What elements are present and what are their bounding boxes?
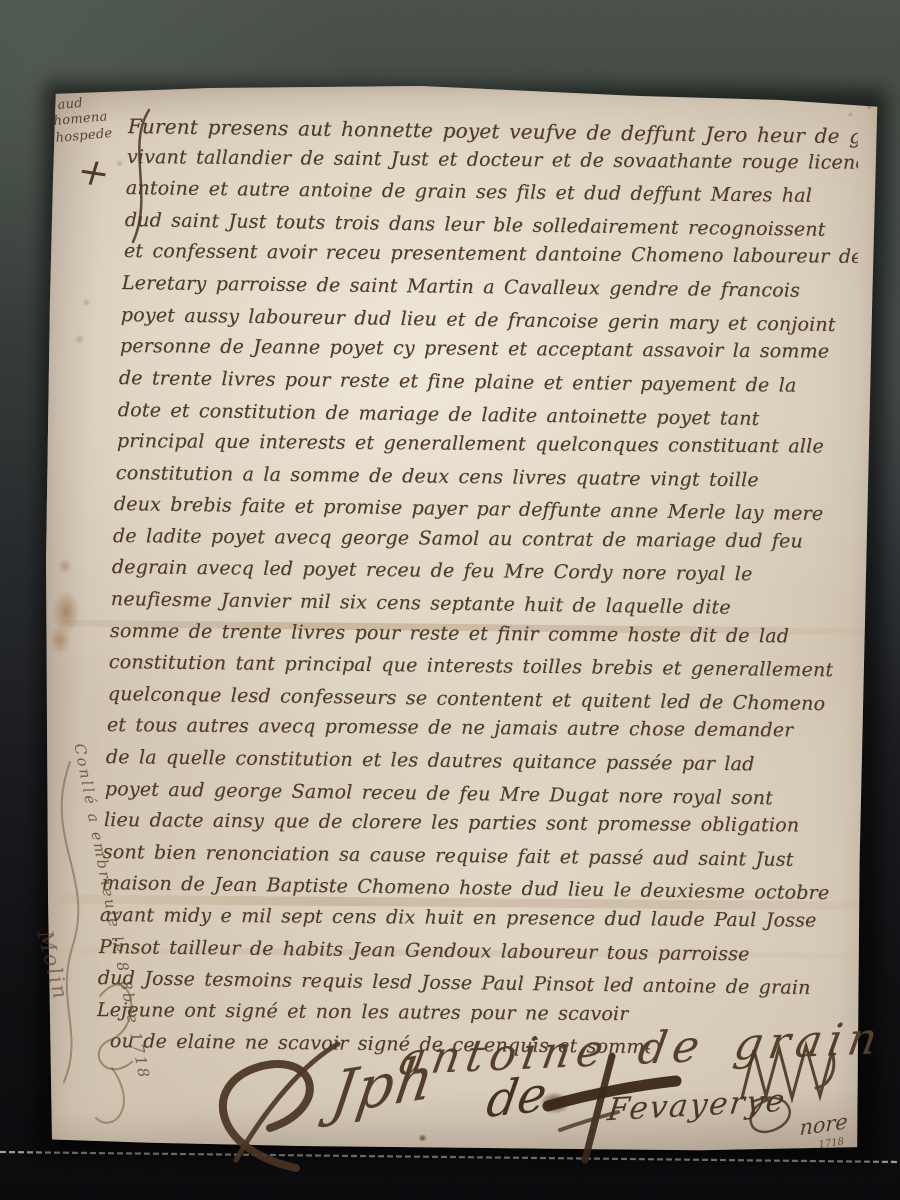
- foxing-spot: [116, 160, 123, 167]
- edge-stain: [49, 626, 71, 654]
- edge-stain: [58, 558, 72, 574]
- ink-dot: [418, 1134, 427, 1142]
- photo-scene: aud homena hospede + Furent presens aut …: [0, 0, 900, 1200]
- foxing-spot: [82, 298, 91, 307]
- manuscript-line: Lejeune ont signé et non les autres pour…: [97, 999, 629, 1025]
- foxing-spot: [74, 334, 85, 345]
- rust-speckle: [848, 112, 853, 117]
- margin-note-line: aud: [57, 96, 84, 113]
